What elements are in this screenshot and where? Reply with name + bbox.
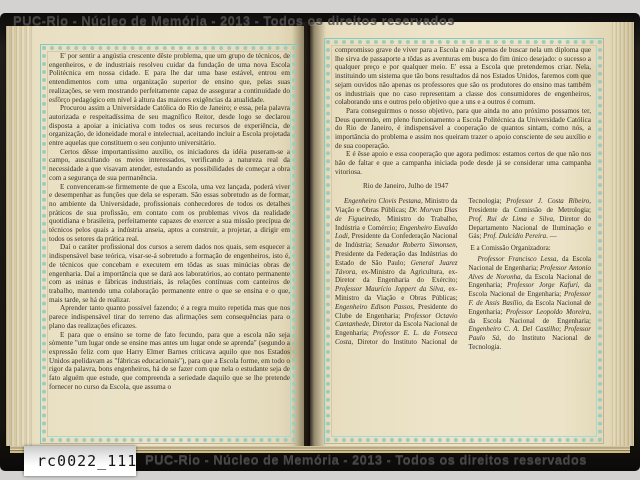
- person-name: Engenheiro Edison Passos: [335, 303, 413, 311]
- paragraph: E para que o ensino se torne de fato fec…: [49, 331, 290, 392]
- paragraph: Para conseguirmos o nosso objetivo, para…: [335, 107, 591, 151]
- person-name: Dr. Morvan Dias de Figueiredo: [335, 206, 458, 223]
- paragraph: E' por sentir a angústia crescente dêste…: [49, 52, 290, 104]
- scan-id-label: rc0022_111: [24, 446, 136, 476]
- right-page-paragraphs: compromisso grave de viver para a Escola…: [335, 46, 591, 177]
- right-page-text: compromisso grave de viver para a Escola…: [335, 46, 591, 438]
- person-name: Engenheiro Euvaldo Lodi: [335, 224, 457, 241]
- person-name: Professor Leopoldo Moreira: [506, 308, 589, 316]
- paragraph: Aprender tanto quanto possível fazendo; …: [49, 304, 290, 330]
- person-name: Professor F. de Assis Basílio: [469, 290, 592, 307]
- person-name: Professor Antonio Alves de Noronha: [469, 264, 591, 281]
- scan-id-text: rc0022_111: [37, 452, 137, 470]
- paragraph: Daí o caráter profissional dos cursos a …: [49, 243, 290, 304]
- person-name: Professor E. L. da Fonseca Costa: [335, 329, 458, 346]
- committee-heading: E a Comissão Organizadora:: [469, 244, 592, 253]
- person-name: Senador Roberto Simonsen: [376, 241, 456, 249]
- person-name: Engenheiro Clovis Pestana: [344, 197, 421, 205]
- left-page-text: E' por sentir a angústia crescente dêste…: [49, 52, 290, 438]
- paragraph: Procurou assim a Universidade Católica d…: [49, 104, 290, 148]
- paragraph: compromisso grave de viver para a Escola…: [335, 46, 591, 107]
- person-name: Prof. Rui de Lima e Silva: [469, 215, 553, 223]
- committee-columns: Engenheiro Clovis Pestana, Ministro da V…: [335, 197, 591, 352]
- committee-list: Professor Francisco Lessa, da Escola Nac…: [469, 255, 592, 352]
- paragraph: E é êsse apoio e essa cooperação que ago…: [335, 150, 591, 176]
- paragraph: Certos dêsse importantíssimo auxílio, os…: [49, 148, 290, 183]
- person-name: Professor Octavio Cantanhede: [335, 312, 458, 329]
- person-name: Professor Maurício Joppert da Silva: [335, 285, 444, 293]
- archive-watermark-top: PUC-Rio - Núcleo de Memória - 2013 - Tod…: [13, 13, 455, 28]
- dateline: Rio de Janeiro, Julho de 1947: [335, 182, 591, 191]
- person-name: General Juarez Távora: [335, 259, 458, 276]
- person-name: Prof. Dulcídio Pereira: [483, 232, 546, 240]
- person-name: Professor Francisco Lessa: [478, 255, 557, 263]
- person-name: Professor J. Costa Ribeiro: [506, 197, 589, 205]
- archive-watermark-bottom: PUC-Rio - Núcleo de Memória - 2013 - Tod…: [145, 452, 587, 467]
- paragraph: E convenceram-se firmemente de que a Esc…: [49, 183, 290, 244]
- person-name: Professor Jorge Kafuri: [507, 281, 578, 289]
- person-name: Engenheiro C. A. Del Castilho: [469, 325, 560, 333]
